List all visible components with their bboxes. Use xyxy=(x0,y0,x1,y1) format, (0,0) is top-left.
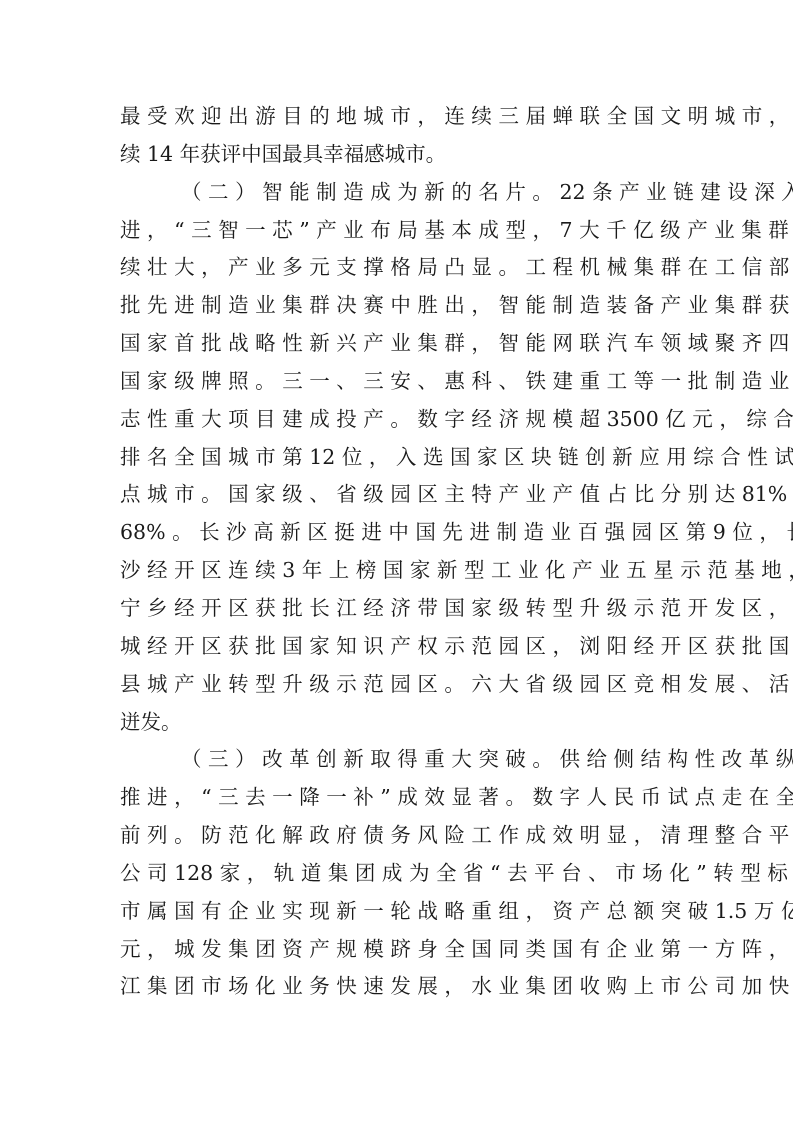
text-line: 国 家 首 批 战 略 性 新 兴 产 业 集 群 ， 智 能 网 联 汽 车 … xyxy=(120,325,673,363)
document-page: 最 受 欢 迎 出 游 目 的 地 城 市 ， 连 续 三 届 蝉 联 全 国 … xyxy=(0,0,793,1122)
text-line: 江 集 团 市 场 化 业 务 快 速 发 展 ， 水 业 集 团 收 购 上 … xyxy=(120,968,673,1006)
section-heading-line: （ 三 ） 改 革 创 新 取 得 重 大 突 破 。 供 给 侧 结 构 性 … xyxy=(120,741,673,779)
text-line: 续 壮 大 ， 产 业 多 元 支 撑 格 局 凸 显 。 工 程 机 械 集 … xyxy=(120,249,673,287)
text-line: 排 名 全 国 城 市 第 12 位 ， 入 选 国 家 区 块 链 创 新 应… xyxy=(120,439,673,477)
text-line: 进 ， “ 三 智 一 芯 ” 产 业 布 局 基 本 成 型 ， 7 大 千 … xyxy=(120,212,673,250)
text-line: 市 属 国 有 企 业 实 现 新 一 轮 战 略 重 组 ， 资 产 总 额 … xyxy=(120,893,673,931)
text-line: 元 ， 城 发 集 团 资 产 规 模 跻 身 全 国 同 类 国 有 企 业 … xyxy=(120,931,673,969)
document-body: 最 受 欢 迎 出 游 目 的 地 城 市 ， 连 续 三 届 蝉 联 全 国 … xyxy=(120,98,673,1006)
text-line: 志 性 重 大 项 目 建 成 投 产 。 数 字 经 济 规 模 超 3500… xyxy=(120,401,673,439)
text-line: 城 经 开 区 获 批 国 家 知 识 产 权 示 范 园 区 ， 浏 阳 经 … xyxy=(120,628,673,666)
text-line: 最 受 欢 迎 出 游 目 的 地 城 市 ， 连 续 三 届 蝉 联 全 国 … xyxy=(120,98,673,136)
text-line: 公 司 128 家 ， 轨 道 集 团 成 为 全 省 “ 去 平 台 、 市 … xyxy=(120,855,673,893)
text-line: 推 进 ， “ 三 去 一 降 一 补 ” 成 效 显 著 。 数 字 人 民 … xyxy=(120,779,673,817)
text-line: 批 先 进 制 造 业 集 群 决 赛 中 胜 出 ， 智 能 制 造 装 备 … xyxy=(120,287,673,325)
paragraph-smart-manufacturing: （ 二 ） 智 能 制 造 成 为 新 的 名 片 。 22 条 产 业 链 建… xyxy=(120,174,673,742)
text-line: 国 家 级 牌 照 。 三 一 、 三 安 、 惠 科 、 铁 建 重 工 等 … xyxy=(120,363,673,401)
section-heading-line: （ 二 ） 智 能 制 造 成 为 新 的 名 片 。 22 条 产 业 链 建… xyxy=(120,174,673,212)
text-line: 宁 乡 经 开 区 获 批 长 江 经 济 带 国 家 级 转 型 升 级 示 … xyxy=(120,590,673,628)
text-line: 续 14 年获评中国最具幸福感城市。 xyxy=(120,136,673,174)
text-line: 前 列 。 防 范 化 解 政 府 债 务 风 险 工 作 成 效 明 显 ， … xyxy=(120,817,673,855)
paragraph-reform-innovation: （ 三 ） 改 革 创 新 取 得 重 大 突 破 。 供 给 侧 结 构 性 … xyxy=(120,741,673,1006)
text-line: 68% 。 长 沙 高 新 区 挺 进 中 国 先 进 制 造 业 百 强 园 … xyxy=(120,514,673,552)
text-line: 点 城 市 。 国 家 级 、 省 级 园 区 主 特 产 业 产 值 占 比 … xyxy=(120,476,673,514)
text-line: 县 城 产 业 转 型 升 级 示 范 园 区 。 六 大 省 级 园 区 竞 … xyxy=(120,666,673,704)
text-line: 迸发。 xyxy=(120,704,673,742)
text-line: 沙 经 开 区 连 续 3 年 上 榜 国 家 新 型 工 业 化 产 业 五 … xyxy=(120,552,673,590)
paragraph-city-honors-continued: 最 受 欢 迎 出 游 目 的 地 城 市 ， 连 续 三 届 蝉 联 全 国 … xyxy=(120,98,673,174)
